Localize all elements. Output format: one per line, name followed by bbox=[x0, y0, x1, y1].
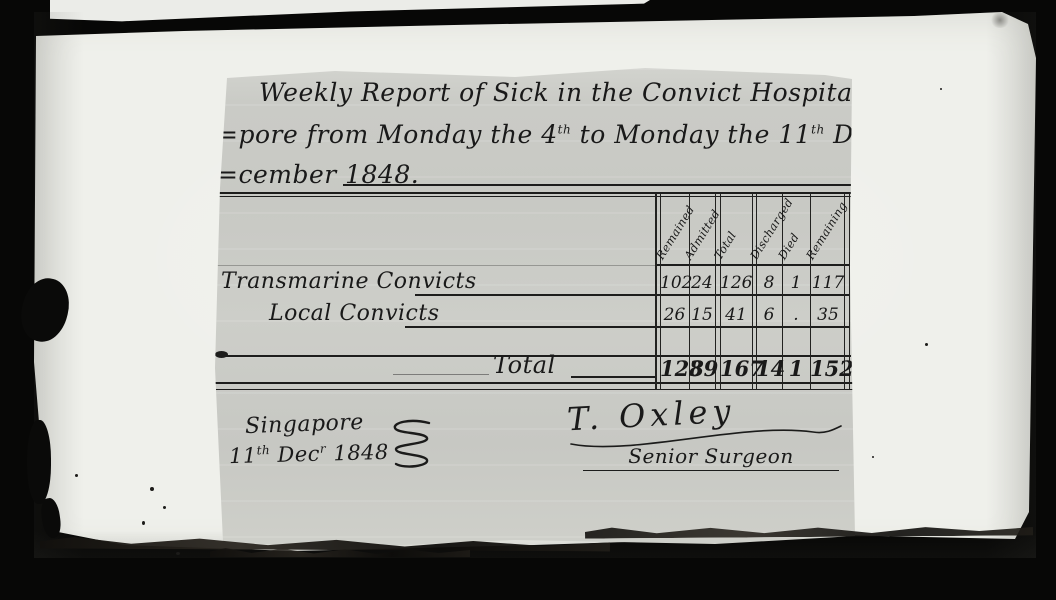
table-cell: 6 bbox=[756, 304, 782, 326]
table-cell: 8 bbox=[756, 272, 782, 294]
title-line2-text: =pore from Monday the 4 bbox=[217, 120, 558, 149]
back-page-edge bbox=[50, 0, 650, 26]
ink-blot bbox=[215, 351, 228, 358]
dirt-speck bbox=[940, 88, 942, 90]
title-line2-text: to Monday the 11 bbox=[571, 120, 811, 149]
dirt-speck bbox=[163, 506, 166, 509]
total-leader-line bbox=[393, 374, 489, 375]
table-cell-total: 152 bbox=[810, 357, 846, 381]
table-cell: 126 bbox=[720, 272, 752, 294]
table-cell-total: 14 bbox=[756, 357, 782, 381]
date-line: 11th Decr 1848 bbox=[229, 440, 389, 468]
dirt-speck bbox=[75, 474, 78, 477]
table-cell: 117 bbox=[810, 272, 846, 294]
table-cell: 26 bbox=[660, 304, 689, 326]
title-underline bbox=[343, 184, 853, 186]
table-cell: . bbox=[782, 304, 810, 326]
table-cell-total: 128 bbox=[660, 357, 689, 381]
dirt-speck bbox=[142, 521, 145, 525]
binding-shadow-blob bbox=[27, 420, 51, 504]
place-line: Singapore bbox=[245, 410, 365, 439]
dirt-speck bbox=[872, 456, 874, 458]
ordinal-superscript: th bbox=[558, 123, 572, 137]
date-day: 11 bbox=[229, 443, 257, 468]
column-rule bbox=[655, 193, 657, 390]
dirt-speck bbox=[150, 487, 154, 491]
table-cell: 1 bbox=[782, 272, 810, 294]
total-row-label: Total bbox=[493, 351, 556, 379]
table-cell: 24 bbox=[689, 272, 715, 294]
table-cell-total: 167 bbox=[720, 357, 752, 381]
table-bottom-rule bbox=[215, 382, 855, 384]
row-rule-transmarine bbox=[415, 294, 849, 296]
table-cell: 15 bbox=[689, 304, 715, 326]
signature-title-line: Senior Surgeon bbox=[583, 444, 839, 471]
table-cell-total: 39 bbox=[689, 357, 715, 381]
table-cell: 41 bbox=[720, 304, 752, 326]
corner-smudge bbox=[990, 12, 1010, 28]
ordinal-superscript: th bbox=[256, 443, 270, 457]
row-label-local: Local Convicts bbox=[269, 301, 440, 326]
total-label-underline bbox=[571, 376, 655, 378]
table-cell-total: 1 bbox=[782, 357, 810, 381]
table-cell: 102 bbox=[660, 272, 689, 294]
report-document: Weekly Report of Sick in the Convict Hos… bbox=[215, 68, 855, 550]
date-year: 1848 bbox=[326, 440, 389, 466]
dirt-speck bbox=[925, 343, 928, 346]
report-title-line-1: Weekly Report of Sick in the Convict Hos… bbox=[259, 78, 944, 107]
scanned-document-photo: Weekly Report of Sick in the Convict Hos… bbox=[0, 0, 1056, 600]
row-label-transmarine: Transmarine Convicts bbox=[221, 269, 477, 294]
ordinal-superscript: th bbox=[811, 123, 825, 137]
report-title-line-2: =pore from Monday the 4th to Monday the … bbox=[217, 120, 890, 149]
dirt-speck bbox=[176, 552, 180, 555]
table-bottom-rule-2 bbox=[215, 389, 855, 390]
spiral-flourish bbox=[383, 416, 439, 472]
date-month: Dec bbox=[270, 442, 320, 467]
table-cell: 35 bbox=[810, 304, 846, 326]
signature-title: Senior Surgeon bbox=[628, 444, 793, 468]
